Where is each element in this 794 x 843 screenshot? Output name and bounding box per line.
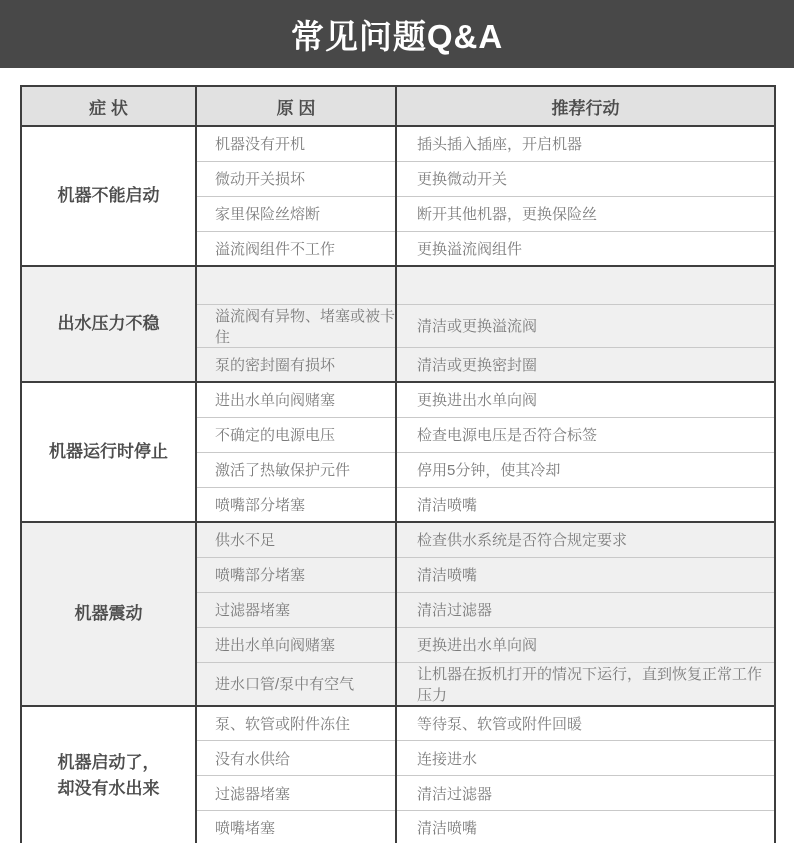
cause-cell: 不确定的电源电压 bbox=[196, 417, 396, 452]
page: 常见问题Q&A 症 状 原 因 推荐行动 机器不能启动 机器没有开机 插头插 bbox=[0, 0, 794, 843]
page-title-bar: 常见问题Q&A bbox=[0, 0, 794, 68]
symptom-text: 出水压力不稳 bbox=[58, 311, 160, 337]
cause-cell: 喷嘴堵塞 bbox=[196, 811, 396, 843]
col-header-action: 推荐行动 bbox=[396, 86, 775, 126]
cause-cell: 进出水单向阀赌塞 bbox=[196, 382, 396, 417]
symptom-cell: 机器启动了， 却没有水出来 bbox=[21, 706, 196, 843]
section-machine-vibrates: 机器震动 供水不足 检查供水系统是否符合规定要求 喷嘴部分堵塞 清洁喷嘴 过滤器… bbox=[21, 522, 775, 706]
table-header: 症 状 原 因 推荐行动 bbox=[21, 86, 775, 126]
symptom-cell: 机器不能启动 bbox=[21, 126, 196, 266]
action-cell: 清洁过滤器 bbox=[396, 592, 775, 627]
header-row: 症 状 原 因 推荐行动 bbox=[21, 86, 775, 126]
cause-cell: 没有水供给 bbox=[196, 741, 396, 776]
table-row: 机器不能启动 机器没有开机 插头插入插座，开启机器 bbox=[21, 126, 775, 161]
cause-cell: 供水不足 bbox=[196, 522, 396, 557]
symptom-cell: 机器运行时停止 bbox=[21, 382, 196, 522]
cause-cell: 进水口管/泵中有空气 bbox=[196, 662, 396, 706]
action-cell: 清洁过滤器 bbox=[396, 776, 775, 811]
action-cell bbox=[396, 266, 775, 304]
col-header-cause: 原 因 bbox=[196, 86, 396, 126]
cause-cell: 泵的密封圈有损坏 bbox=[196, 347, 396, 382]
section-machine-stops-running: 机器运行时停止 进出水单向阀赌塞 更换进出水单向阀 不确定的电源电压 检查电源电… bbox=[21, 382, 775, 522]
action-cell: 清洁或更换密封圈 bbox=[396, 347, 775, 382]
action-cell: 连接进水 bbox=[396, 741, 775, 776]
table-row: 机器运行时停止 进出水单向阀赌塞 更换进出水单向阀 bbox=[21, 382, 775, 417]
section-started-but-no-water: 机器启动了， 却没有水出来 泵、软管或附件冻住 等待泵、软管或附件回暖 没有水供… bbox=[21, 706, 775, 843]
symptom-cell: 出水压力不稳 bbox=[21, 266, 196, 382]
cause-cell: 泵、软管或附件冻住 bbox=[196, 706, 396, 741]
action-cell: 更换溢流阀组件 bbox=[396, 231, 775, 266]
symptom-cell: 机器震动 bbox=[21, 522, 196, 706]
action-cell: 更换进出水单向阀 bbox=[396, 382, 775, 417]
action-cell: 清洁喷嘴 bbox=[396, 557, 775, 592]
cause-cell: 进出水单向阀赌塞 bbox=[196, 627, 396, 662]
cause-cell: 过滤器堵塞 bbox=[196, 776, 396, 811]
action-cell: 插头插入插座，开启机器 bbox=[396, 126, 775, 161]
cause-cell: 溢流阀有异物、堵塞或被卡住 bbox=[196, 304, 396, 347]
cause-cell: 喷嘴部分堵塞 bbox=[196, 487, 396, 522]
cause-cell: 溢流阀组件不工作 bbox=[196, 231, 396, 266]
section-machine-wont-start: 机器不能启动 机器没有开机 插头插入插座，开启机器 微动开关损坏 更换微动开关 … bbox=[21, 126, 775, 266]
action-cell: 检查电源电压是否符合标签 bbox=[396, 417, 775, 452]
action-cell: 更换微动开关 bbox=[396, 161, 775, 196]
faq-table-container: 症 状 原 因 推荐行动 机器不能启动 机器没有开机 插头插入插座，开启机器 微… bbox=[20, 85, 774, 843]
cause-cell: 喷嘴部分堵塞 bbox=[196, 557, 396, 592]
cause-cell: 激活了热敏保护元件 bbox=[196, 452, 396, 487]
action-cell: 断开其他机器，更换保险丝 bbox=[396, 196, 775, 231]
action-cell: 等待泵、软管或附件回暖 bbox=[396, 706, 775, 741]
table-row: 机器启动了， 却没有水出来 泵、软管或附件冻住 等待泵、软管或附件回暖 bbox=[21, 706, 775, 741]
cause-cell: 过滤器堵塞 bbox=[196, 592, 396, 627]
table-row: 机器震动 供水不足 检查供水系统是否符合规定要求 bbox=[21, 522, 775, 557]
action-cell: 更换进出水单向阀 bbox=[396, 627, 775, 662]
action-cell: 检查供水系统是否符合规定要求 bbox=[396, 522, 775, 557]
cause-cell: 机器没有开机 bbox=[196, 126, 396, 161]
action-cell: 清洁喷嘴 bbox=[396, 811, 775, 843]
cause-cell: 家里保险丝熔断 bbox=[196, 196, 396, 231]
symptom-text: 机器运行时停止 bbox=[49, 439, 168, 465]
symptom-text: 机器启动了， 却没有水出来 bbox=[58, 750, 160, 801]
page-title: 常见问题Q&A bbox=[291, 11, 503, 58]
action-cell: 停用5分钟，使其冷却 bbox=[396, 452, 775, 487]
faq-table: 症 状 原 因 推荐行动 机器不能启动 机器没有开机 插头插入插座，开启机器 微… bbox=[20, 85, 776, 843]
symptom-text: 机器震动 bbox=[75, 601, 143, 627]
cause-cell: 微动开关损坏 bbox=[196, 161, 396, 196]
action-cell: 清洁或更换溢流阀 bbox=[396, 304, 775, 347]
action-cell: 清洁喷嘴 bbox=[396, 487, 775, 522]
col-header-symptom: 症 状 bbox=[21, 86, 196, 126]
cause-cell bbox=[196, 266, 396, 304]
action-cell: 让机器在扳机打开的情况下运行，直到恢复正常工作压力 bbox=[396, 662, 775, 706]
symptom-text: 机器不能启动 bbox=[58, 183, 160, 209]
section-unstable-water-pressure: 出水压力不稳 溢流阀有异物、堵塞或被卡住 清洁或更换溢流阀 泵的密封圈有损坏 清… bbox=[21, 266, 775, 382]
table-row: 出水压力不稳 bbox=[21, 266, 775, 304]
